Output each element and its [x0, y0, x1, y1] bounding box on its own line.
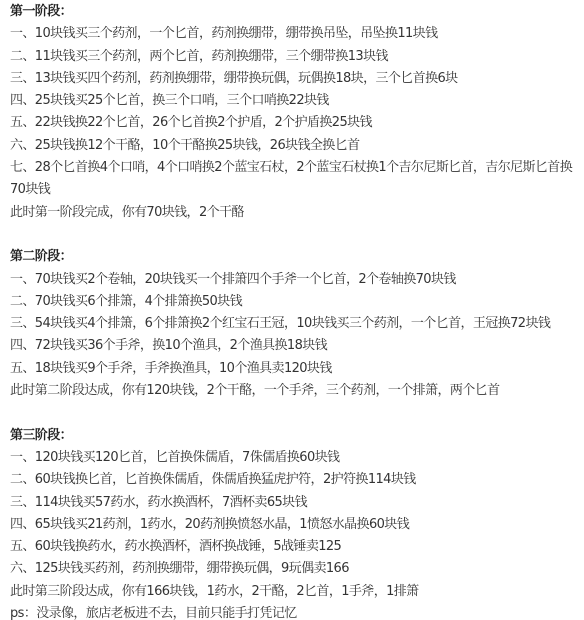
stage-summary: 此时第二阶段达成，你有120块钱，2个干酪，一个手斧，三个药剂，一个排箫，两个匕…: [10, 380, 576, 402]
stage-1: 第一阶段： 一、10块钱买三个药剂，一个匕首，药剂换绷带，绷带换吊坠，吊坠换11…: [10, 1, 576, 224]
stage-heading: 第三阶段：: [10, 425, 576, 447]
stage-3: 第三阶段： 一、120块钱买120匕首，匕首换侏儒盾，7侏儒盾换60块钱 二、6…: [10, 425, 576, 603]
postscript: ps：没录像，旅店老板进不去，目前只能手打凭记忆: [10, 603, 576, 620]
step-line: 五、22块钱换22个匕首，26个匕首换2个护盾，2个护盾换25块钱: [10, 112, 576, 134]
step-line: 六、125块钱买药剂，药剂换绷带，绷带换玩偶，9玩偶卖166: [10, 558, 576, 580]
step-line: 三、54块钱买4个排箫，6个排箫换2个红宝石王冠，10块钱买三个药剂，一个匕首，…: [10, 313, 576, 335]
step-line: 四、65块钱买21药剂，1药水，20药剂换愤怒水晶，1愤怒水晶换60块钱: [10, 514, 576, 536]
document-body: 第一阶段： 一、10块钱买三个药剂，一个匕首，药剂换绷带，绷带换吊坠，吊坠换11…: [0, 0, 584, 620]
stage-heading: 第二阶段：: [10, 246, 576, 268]
step-line: 二、11块钱买三个药剂，两个匕首，药剂换绷带，三个绷带换13块钱: [10, 46, 576, 68]
step-line: 二、60块钱换匕首，匕首换侏儒盾，侏儒盾换猛虎护符，2护符换114块钱: [10, 469, 576, 491]
stage-heading: 第一阶段：: [10, 1, 576, 23]
stage-2: 第二阶段： 一、70块钱买2个卷轴，20块钱买一个排箫四个手斧一个匕首，2个卷轴…: [10, 246, 576, 402]
step-line: 三、13块钱买四个药剂，药剂换绷带，绷带换玩偶，玩偶换18块，三个匕首换6块: [10, 68, 576, 90]
step-line: 五、18块钱买9个手斧，手斧换渔具，10个渔具卖120块钱: [10, 358, 576, 380]
step-line: 四、25块钱买25个匕首，换三个口哨，三个口哨换22块钱: [10, 90, 576, 112]
step-line: 一、70块钱买2个卷轴，20块钱买一个排箫四个手斧一个匕首，2个卷轴换70块钱: [10, 269, 576, 291]
step-line: 六、25块钱换12个干酪，10个干酪换25块钱，26块钱全换匕首: [10, 135, 576, 157]
step-line: 一、10块钱买三个药剂，一个匕首，药剂换绷带，绷带换吊坠，吊坠换11块钱: [10, 23, 576, 45]
step-line: 五、60块钱换药水，药水换酒杯，酒杯换战锤，5战锤卖125: [10, 536, 576, 558]
step-line: 七、28个匕首换4个口哨，4个口哨换2个蓝宝石杖，2个蓝宝石杖换1个吉尔尼斯匕首…: [10, 157, 576, 202]
step-line: 四、72块钱买36个手斧，换10个渔具，2个渔具换18块钱: [10, 335, 576, 357]
step-line: 二、70块钱买6个排箫，4个排箫换50块钱: [10, 291, 576, 313]
stage-summary: 此时第一阶段完成，你有70块钱，2个干酪: [10, 202, 576, 224]
step-line: 三、114块钱买57药水，药水换酒杯，7酒杯卖65块钱: [10, 492, 576, 514]
spacer: [10, 402, 576, 424]
step-line: 一、120块钱买120匕首，匕首换侏儒盾，7侏儒盾换60块钱: [10, 447, 576, 469]
spacer: [10, 224, 576, 246]
stage-summary: 此时第三阶段达成，你有166块钱，1药水，2干酪，2匕首，1手斧，1排箫: [10, 581, 576, 603]
